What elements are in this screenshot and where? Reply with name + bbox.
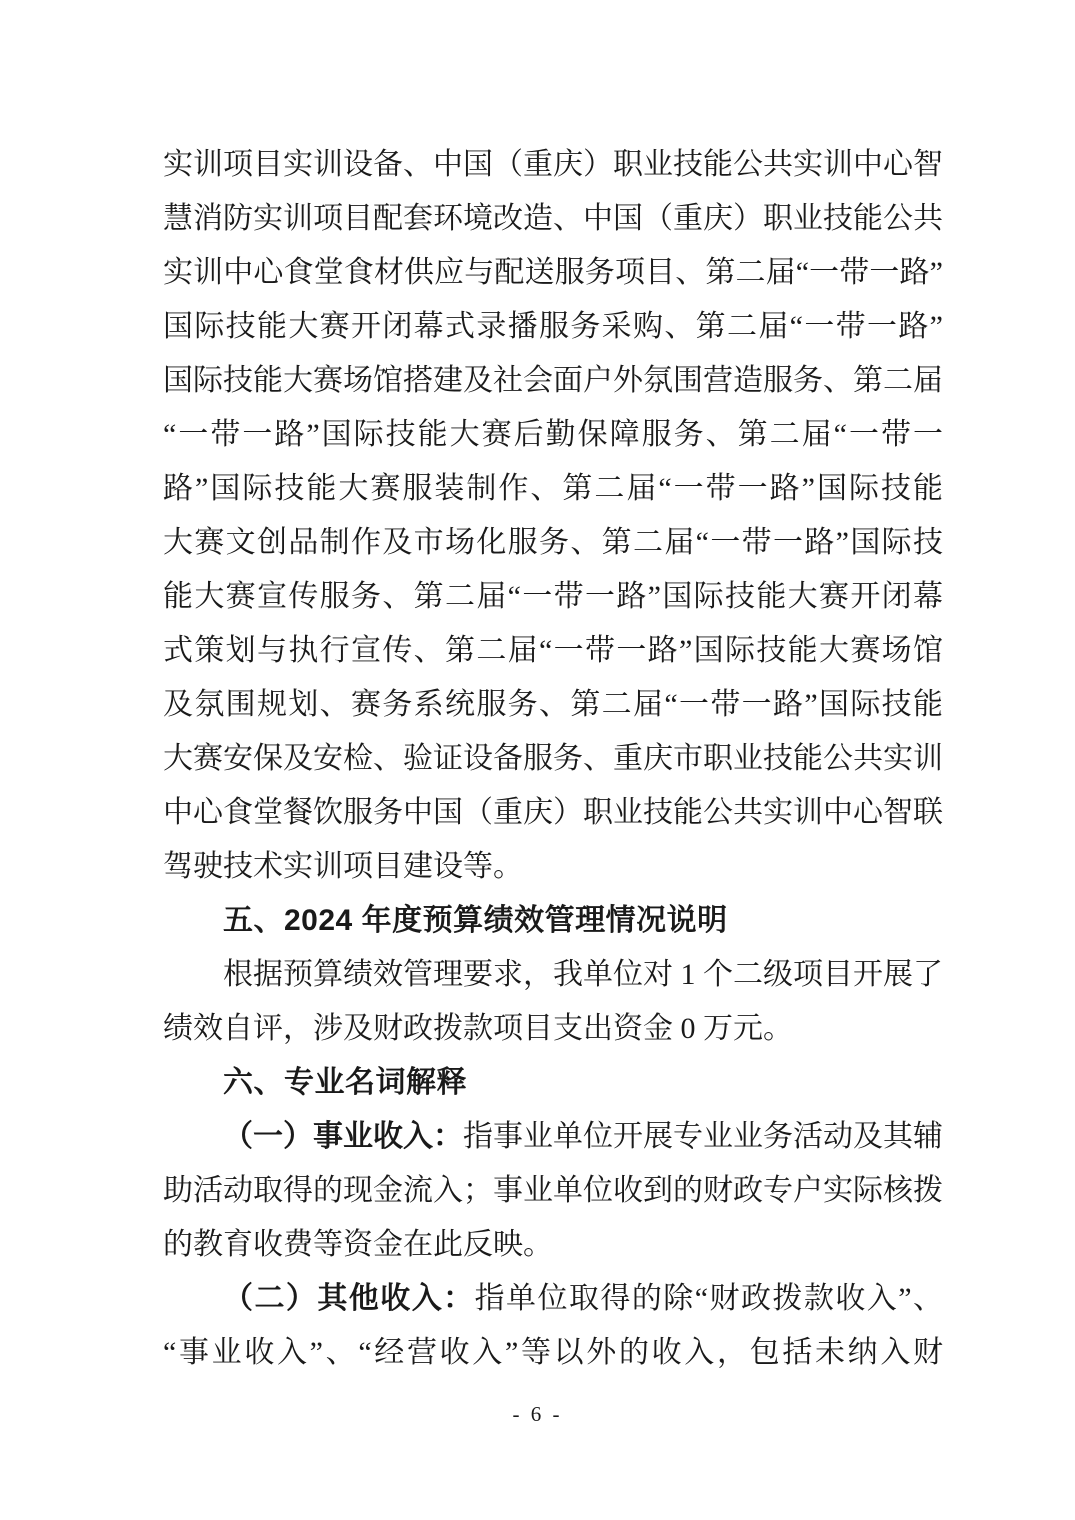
term-2-line: （二）其他收入：指单位取得的除“财政拨款收入”、 [163, 1272, 943, 1326]
body-line: 国际技能大赛场馆搭建及社会面户外氛围营造服务、第二届 [163, 354, 943, 408]
term-2-line: “事业收入”、“经营收入”等以外的收入，包括未纳入财 [163, 1326, 943, 1380]
body-line: 实训项目实训设备、中国（重庆）职业技能公共实训中心智 [163, 138, 943, 192]
body-line: 慧消防实训项目配套环境改造、中国（重庆）职业技能公共 [163, 192, 943, 246]
term-1-line: 助活动取得的现金流入；事业单位收到的财政专户实际核拨 [163, 1164, 943, 1218]
term-1-definition-start: 指事业单位开展专业业务活动及其辅 [463, 1120, 943, 1153]
body-line: 驾驶技术实训项目建设等。 [163, 840, 943, 894]
section-5-line: 根据预算绩效管理要求，我单位对 1 个二级项目开展了 [163, 948, 943, 1002]
page-number: - 6 - [0, 1400, 1075, 1428]
body-line: 路”国际技能大赛服装制作、第二届“一带一路”国际技能 [163, 462, 943, 516]
body-line: 式策划与执行宣传、第二届“一带一路”国际技能大赛场馆 [163, 624, 943, 678]
section-5-line: 绩效自评，涉及财政拨款项目支出资金 0 万元。 [163, 1002, 943, 1056]
body-line: “一带一路”国际技能大赛后勤保障服务、第二届“一带一 [163, 408, 943, 462]
body-line: 大赛安保及安检、验证设备服务、重庆市职业技能公共实训 [163, 732, 943, 786]
body-line: 实训中心食堂食材供应与配送服务项目、第二届“一带一路” [163, 246, 943, 300]
term-1-line: （一）事业收入：指事业单位开展专业业务活动及其辅 [163, 1110, 943, 1164]
body-line: 中心食堂餐饮服务中国（重庆）职业技能公共实训中心智联 [163, 786, 943, 840]
body-line: 国际技能大赛开闭幕式录播服务采购、第二届“一带一路” [163, 300, 943, 354]
term-1-line: 的教育收费等资金在此反映。 [163, 1218, 943, 1272]
body-line: 能大赛宣传服务、第二届“一带一路”国际技能大赛开闭幕 [163, 570, 943, 624]
document-page: 实训项目实训设备、中国（重庆）职业技能公共实训中心智 慧消防实训项目配套环境改造… [0, 0, 1075, 1520]
section-5-heading: 五、2024 年度预算绩效管理情况说明 [163, 894, 943, 948]
body-line: 大赛文创品制作及市场化服务、第二届“一带一路”国际技 [163, 516, 943, 570]
term-2-title: （二）其他收入： [223, 1282, 475, 1315]
document-content: 实训项目实训设备、中国（重庆）职业技能公共实训中心智 慧消防实训项目配套环境改造… [163, 138, 943, 1380]
section-6-heading: 六、专业名词解释 [163, 1056, 943, 1110]
term-2-definition-start: 指单位取得的除“财政拨款收入”、 [475, 1282, 943, 1315]
term-1-title: （一）事业收入： [223, 1120, 463, 1153]
body-line: 及氛围规划、赛务系统服务、第二届“一带一路”国际技能 [163, 678, 943, 732]
